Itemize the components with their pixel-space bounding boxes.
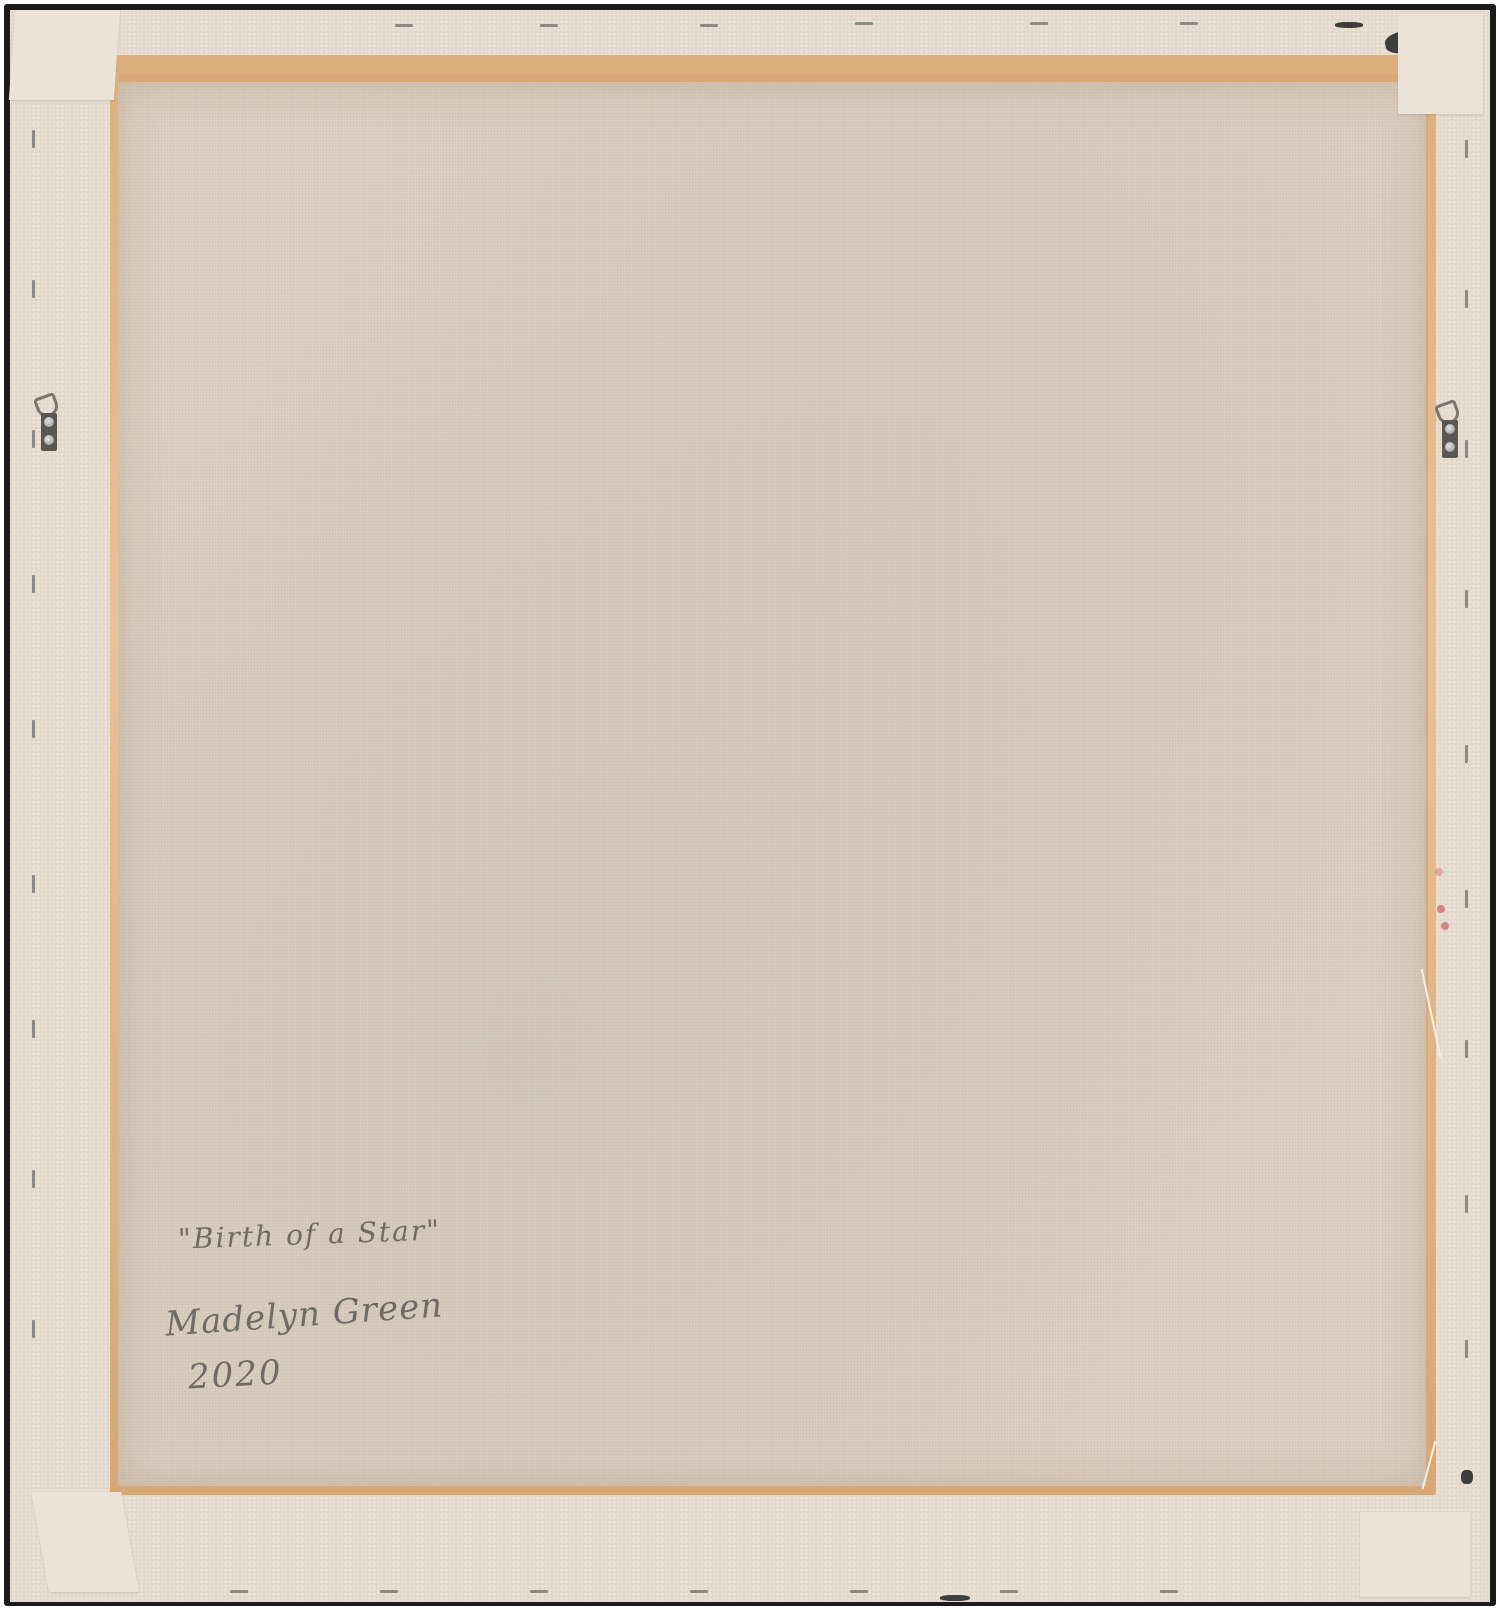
staple (32, 130, 35, 148)
staple (530, 1590, 548, 1593)
staple (1000, 1590, 1018, 1593)
red-stain (1437, 905, 1445, 913)
staple (1465, 290, 1468, 308)
staple (855, 22, 873, 25)
staple (32, 720, 35, 738)
staple (380, 1590, 398, 1593)
staple (395, 24, 413, 27)
staple (1160, 1590, 1178, 1593)
staple (32, 875, 35, 893)
paint-smear-bottom (940, 1595, 970, 1601)
staple (1465, 590, 1468, 608)
staple (850, 1590, 868, 1593)
d-ring-hanger-right (1437, 402, 1463, 458)
staple (700, 24, 718, 27)
staple (1030, 22, 1048, 25)
screw-icon (1445, 424, 1455, 434)
staple (1465, 1340, 1468, 1358)
staple (32, 575, 35, 593)
paint-smear-bottom-right (1461, 1470, 1473, 1484)
corner-fold-top-right (1398, 14, 1483, 114)
staple (1465, 1040, 1468, 1058)
year-inscription: 2020 (187, 1353, 283, 1398)
staple (1465, 140, 1468, 158)
staple (1465, 890, 1468, 908)
screw-icon (44, 417, 54, 427)
staple (1465, 1195, 1468, 1213)
staple (230, 1590, 248, 1593)
screw-icon (44, 435, 54, 445)
staple (540, 24, 558, 27)
red-stain (1435, 868, 1443, 876)
corner-fold-top-left (9, 10, 120, 100)
canvas-edge-shading (118, 82, 1426, 1486)
screw-icon (1445, 442, 1455, 452)
canvas-back-photo: "Birth of a Star" Madelyn Green 2020 (0, 0, 1500, 1610)
paint-smear-top (1335, 22, 1363, 28)
staple (32, 280, 35, 298)
red-stain (1441, 922, 1449, 930)
corner-fold-bottom-right (1360, 1512, 1470, 1597)
staple (690, 1590, 708, 1593)
staple (32, 430, 35, 448)
staple (32, 1020, 35, 1038)
staple (32, 1320, 35, 1338)
staple (1180, 22, 1198, 25)
staple (1465, 440, 1468, 458)
staple (1465, 745, 1468, 763)
corner-fold-bottom-left (31, 1492, 139, 1592)
staple (32, 1170, 35, 1188)
d-ring-hanger-left (36, 395, 62, 451)
